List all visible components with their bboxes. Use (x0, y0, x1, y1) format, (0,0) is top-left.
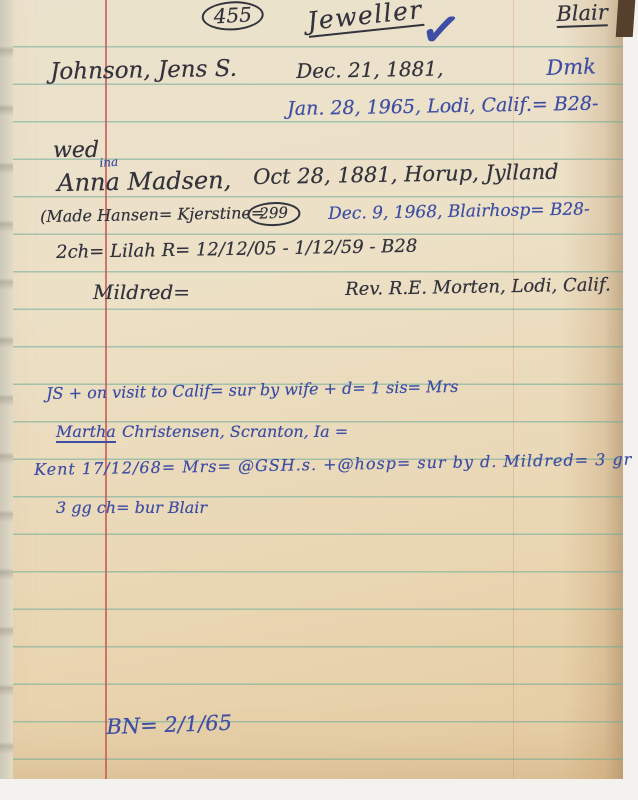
wed-label: wed (53, 139, 99, 163)
husband-birth-place: Dmk (546, 55, 596, 80)
page-number: 455 (201, 0, 265, 32)
husband-name: Johnson, Jens S. (50, 57, 237, 86)
note-line-3: Kent 17/12/68= Mrs= @GSH.s. +@hosp= sur … (34, 450, 638, 479)
note-line-4: 3 gg ch= bur Blair (56, 499, 207, 517)
checkmark-icon: ✓ (418, 2, 464, 59)
note-line-1: JS + on visit to Calif= sur by wife + d=… (46, 378, 458, 403)
wife-name: Anna Madsen, (57, 167, 231, 196)
ink-layer: 455Jeweller✓BlairJohnson, Jens S.Dec. 21… (0, 0, 638, 800)
wife-death: Dec. 9, 1968, Blairhosp= B28- (328, 200, 590, 223)
location-heading: Blair (556, 1, 608, 28)
occupation: Jeweller (306, 0, 424, 37)
cross-reference: 299 (247, 201, 300, 226)
husband-death: Jan. 28, 1965, Lodi, Calif.= B28- (287, 94, 599, 120)
wife-maiden-note: (Made Hansen= Kjerstine= (40, 204, 264, 226)
children-line-1: 2ch= Lilah R= 12/12/05 - 1/12/59 - B28 (56, 237, 418, 263)
husband-birth-date: Dec. 21, 1881, (296, 57, 444, 82)
note-line-2b: Christensen, Scranton, Ia = (122, 423, 348, 441)
officiant: Rev. R.E. Morten, Lodi, Calif. (345, 275, 611, 299)
scanned-ledger-page: { "inks": { "black": "#33333d", "blue": … (0, 0, 638, 800)
footer-note: BN= 2/1/65 (106, 712, 232, 739)
children-line-2: Mildred= (93, 281, 190, 303)
wife-birth: Oct 28, 1881, Horup, Jylland (253, 161, 559, 189)
note-line-2a: Martha (56, 423, 116, 443)
